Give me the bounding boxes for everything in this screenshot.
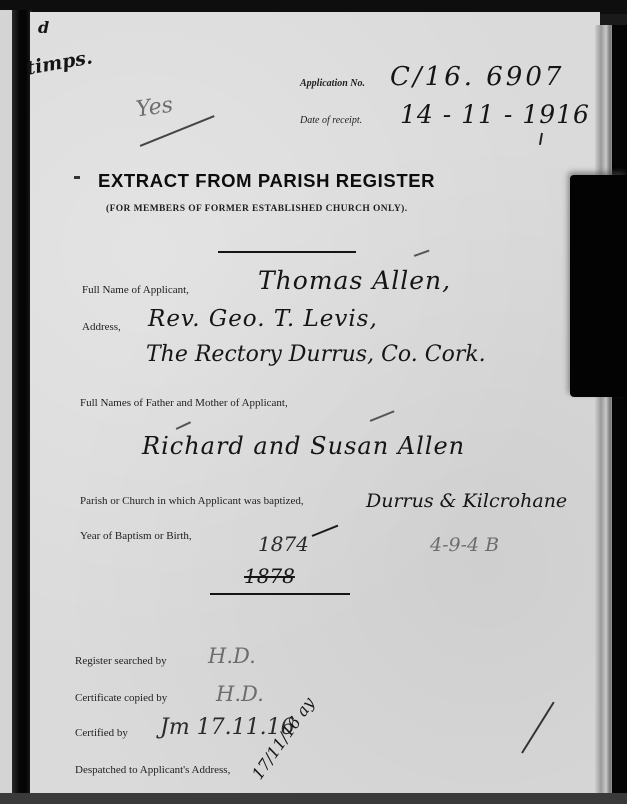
application-no-label: Application No.	[300, 78, 365, 89]
check-mark	[312, 525, 339, 537]
parish-value: Durrus & Kilcrohane	[366, 490, 567, 512]
application-no-value: C/16. 6907	[390, 62, 564, 92]
register-page: d timps. Yes Application No. C/16. 6907 …	[30, 12, 600, 804]
margin-note-stamps: timps.	[25, 46, 95, 79]
date-of-receipt-value: 14 - 11 - 1916	[400, 100, 590, 129]
check-mark	[176, 421, 191, 429]
parish-label: Parish or Church in which Applicant was …	[80, 495, 304, 507]
full-name-label: Full Name of Applicant,	[82, 284, 189, 296]
page-title: EXTRACT FROM PARISH REGISTER	[98, 170, 435, 192]
despatched-label: Despatched to Applicant's Address,	[75, 764, 230, 776]
check-mark	[539, 133, 543, 145]
address-line-2: The Rectory Durrus, Co. Cork.	[146, 342, 486, 367]
searched-label: Register searched by	[75, 655, 167, 667]
year-value: 1874	[258, 532, 309, 556]
parents-value: Richard and Susan Allen	[142, 432, 465, 460]
title-rule	[218, 251, 356, 253]
full-name-value: Thomas Allen,	[258, 266, 451, 295]
date-of-receipt-label: Date of receipt.	[300, 115, 362, 126]
check-mark	[370, 410, 395, 421]
copied-value: H.D.	[216, 682, 264, 706]
pencil-stroke	[521, 702, 554, 754]
searched-value: H.D.	[208, 644, 256, 668]
address-label: Address,	[82, 321, 121, 333]
year-pencil-note: 4-9-4 B	[430, 534, 499, 556]
book-gutter	[12, 10, 32, 804]
bottom-bar	[0, 793, 627, 804]
address-line-1: Rev. Geo. T. Levis,	[148, 306, 378, 332]
year-label: Year of Baptism or Birth,	[80, 530, 192, 542]
right-shadow	[612, 25, 627, 804]
year-rule	[210, 593, 350, 595]
margin-note-d: d	[38, 18, 49, 37]
parents-label: Full Names of Father and Mother of Appli…	[80, 397, 288, 409]
check-mark	[414, 250, 430, 257]
year-struck-value: 1878	[244, 564, 295, 588]
page-subtitle: (FOR MEMBERS OF FORMER ESTABLISHED CHURC…	[106, 204, 408, 214]
pencil-note-yes: Yes	[134, 93, 174, 123]
black-tab-marker	[570, 175, 627, 397]
copied-label: Certificate copied by	[75, 692, 167, 704]
title-dot	[74, 176, 80, 179]
document-viewer: d timps. Yes Application No. C/16. 6907 …	[0, 0, 627, 804]
certified-label: Certified by	[75, 727, 128, 739]
